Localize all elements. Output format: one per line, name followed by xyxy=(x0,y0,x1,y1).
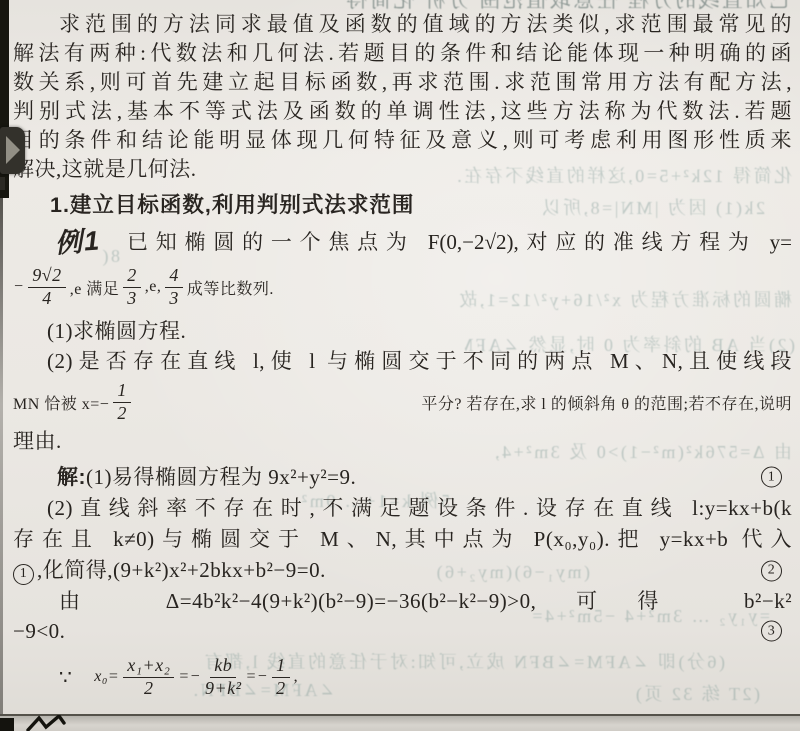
fraction-denominator: 3 xyxy=(169,288,179,309)
fraction-numerator: 9√2 xyxy=(28,266,65,288)
fraction-numerator: 4 xyxy=(165,266,183,288)
equation-tag-2: 2 xyxy=(761,560,782,581)
intro-line: 数关系,则可首先建立起目标函数,再求范围.求范围常用方法有配方法, xyxy=(13,68,792,97)
intro-line: 解决,这就是几何法. xyxy=(13,155,792,184)
scanned-textbook-page: 已知直线的方程 任意取值范围 分析 化简得 化简得 12k²+5=0,这样的直线… xyxy=(0,0,800,731)
question-2-line: 理由. xyxy=(13,427,792,455)
fraction-denominator: 3 xyxy=(127,288,137,309)
solution-text: ,化简得,(9+k²)x²+2bkx+b²−9=0. xyxy=(37,558,326,582)
intro-line: 求范围的方法同求最值及函数的值域的方法类似,求范围最常见的 xyxy=(13,10,792,39)
example-text-segment: ,e, xyxy=(145,278,162,296)
fraction-numerator: kb xyxy=(210,656,236,678)
equation-tag-3: 3 xyxy=(761,621,782,642)
example-label: 例1 xyxy=(54,224,102,259)
fraction-numerator: 2 xyxy=(123,266,141,288)
checkmark-scribble-icon xyxy=(26,715,66,731)
corner-mark xyxy=(0,718,14,731)
fraction-denominator: 2 xyxy=(276,678,286,699)
tab-triangle-icon xyxy=(6,136,20,164)
solution-line: −9<0. 3 xyxy=(13,616,792,646)
intro-line: 目的条件和结论能明显体现几何特征及意义,则可考虑利用图形性质来 xyxy=(13,126,792,155)
fraction: 9√2 4 xyxy=(28,266,65,309)
question-2-line: MN 恰被 x=− 1 2 平分? 若存在,求 l 的倾斜角 θ 的范围;若不存… xyxy=(13,377,792,427)
fraction: x₁+x₂ 2 xyxy=(123,656,174,699)
math-segment: =− xyxy=(245,668,268,686)
math-segment: x₀= xyxy=(94,668,119,686)
fraction-numerator: 1 xyxy=(272,656,290,678)
solution-text: −9<0. xyxy=(13,619,65,643)
bottom-page-strip xyxy=(0,714,800,731)
page-text-block: 求范围的方法同求最值及函数的值域的方法类似,求范围最常见的 解法有两种:代数法和… xyxy=(13,10,792,706)
solution-line: 由 Δ=4b²k²−4(9+k²)(b²−9)=−36(b²−k²−9)>0,可… xyxy=(13,586,792,616)
fraction: 1 2 xyxy=(113,381,131,424)
question-1: (1)求椭圆方程. xyxy=(13,316,792,346)
solution-label: 解: xyxy=(57,466,86,489)
solution-line: 1,化简得,(9+k²)x²+2bkx+b²−9=0. 2 xyxy=(13,555,792,586)
example-intro-text: 已知椭圆的一个焦点为 F(0,−2√2),对应的准线方程为 y= xyxy=(127,226,792,258)
page-tab-marker xyxy=(0,127,25,174)
fraction-numerator: x₁+x₂ xyxy=(123,656,174,678)
example-fraction-line: − 9√2 4 ,e 满足 2 3 ,e, 4 3 成等比数列. xyxy=(13,260,792,314)
binding-edge-line xyxy=(0,198,3,715)
solution-line: (2)直线斜率不存在时,不满足题设条件.设存在直线 l:y=kx+b(k xyxy=(13,493,792,524)
solution-conclusion-line: ∵ x₀= x₁+x₂ 2 =− kb 9+k² =− 1 2 , xyxy=(13,648,792,706)
fraction: 1 2 xyxy=(272,656,290,699)
fraction-denominator: 2 xyxy=(117,403,127,424)
equation-ref-1: 1 xyxy=(13,564,34,585)
intro-line: 解法有两种:代数法和几何法.若题目的条件和结论能体现一种明确的函 xyxy=(13,39,792,68)
solution-text: (1)易得椭圆方程为 9x²+y²=9. xyxy=(86,465,356,489)
intro-line: 判别式法,基本不等式法及函数的单调性法,这些方法称为代数法.若题 xyxy=(13,97,792,126)
fraction-denominator: 2 xyxy=(144,678,154,699)
edge-tick-mark xyxy=(0,177,5,190)
solution-line: 存在且 k≠0)与椭圆交于 M、N,其中点为 P(x₀,y₀).把 y=kx+b… xyxy=(13,524,792,555)
example-text-segment: 成等比数列. xyxy=(187,276,274,299)
question-text-segment: MN 恰被 x=− xyxy=(13,391,109,414)
example-intro-line: 例1 已知椭圆的一个焦点为 F(0,−2√2),对应的准线方程为 y= xyxy=(13,226,792,260)
question-2-fraction-group: MN 恰被 x=− 1 2 xyxy=(13,381,135,424)
fraction: 2 3 xyxy=(123,266,141,309)
fraction: 4 3 xyxy=(165,266,183,309)
minus-sign: − xyxy=(13,278,24,296)
question-2-line: (2)是否存在直线 l,使 l 与椭圆交于不同的两点 M、N,且使线段 xyxy=(13,346,792,377)
math-segment: , xyxy=(294,668,299,686)
section-heading: 1.建立目标函数,利用判别式法求范围 xyxy=(13,190,792,220)
fraction-denominator: 9+k² xyxy=(205,678,242,699)
example-text-segment: ,e 满足 xyxy=(70,276,120,299)
math-segment: =− xyxy=(178,668,201,686)
fraction: kb 9+k² xyxy=(205,656,242,699)
solution-line-1: 解:(1)易得椭圆方程为 9x²+y²=9. 1 xyxy=(13,461,792,493)
because-symbol: ∵ xyxy=(59,665,72,689)
equation-tag-1: 1 xyxy=(761,467,782,488)
fraction-numerator: 1 xyxy=(113,381,131,403)
question-text-segment: 平分? 若存在,求 l 的倾斜角 θ 的范围;若不存在,说明 xyxy=(421,391,792,414)
fraction-denominator: 4 xyxy=(42,288,52,309)
